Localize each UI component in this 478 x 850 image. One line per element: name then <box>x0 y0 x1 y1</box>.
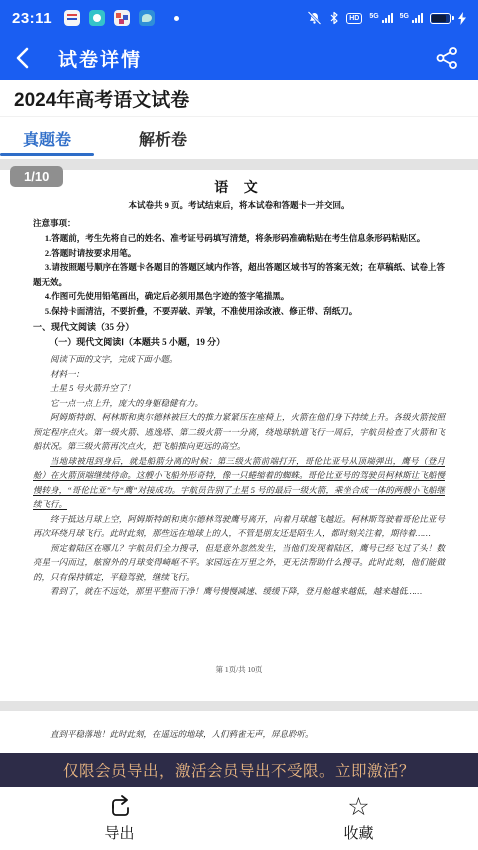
circle-app-icon <box>89 10 105 26</box>
exam-subtitle: 本试卷共 9 页。考试结束后，将本试卷和答题卡一并交回。 <box>33 198 445 213</box>
signal-icon: 5G <box>369 13 392 23</box>
notification-dot <box>174 16 179 21</box>
status-bar: 23:11 HD 5 <box>0 0 478 36</box>
tab-bar: 真题卷 解析卷 <box>0 117 478 159</box>
nav-bar: 试卷详情 <box>0 36 478 80</box>
favorite-label: 收藏 <box>343 822 373 843</box>
notice-item: 5.保持卡面清洁，不要折叠，不要弄破、弄皱，不准使用涂改液、修正带、刮纸刀。 <box>33 304 445 319</box>
browser-app-icon <box>139 10 155 26</box>
export-button[interactable]: 导出 <box>0 787 239 850</box>
app-screen: 23:11 HD 5 <box>0 0 478 850</box>
export-icon <box>107 795 133 819</box>
export-label: 导出 <box>104 822 134 843</box>
clock: 23:11 <box>12 10 52 27</box>
exam-page-2: 直到平稳落地！此时此刻，在遥远的地球，人们鸦雀无声，屏息聆听。 <box>0 711 478 753</box>
share-button[interactable] <box>432 43 462 73</box>
body-paragraph: 它一点一点上升，庞大的身躯稳健有力。 <box>33 396 445 411</box>
body-paragraph: 直到平稳落地！此时此刻，在遥远的地球，人们鸦雀无声，屏息聆听。 <box>33 727 445 742</box>
battery-icon <box>430 13 451 24</box>
notice-item: 3.请按照题号顺序在答题卡各题目的答题区域内作答，超出答题区域书写的答案无效；在… <box>33 260 445 289</box>
sub-section-heading: （一）现代文阅读Ⅰ（本题共 5 小题，19 分） <box>33 335 445 350</box>
body-paragraph: 土星 5 号火箭升空了！ <box>33 381 445 396</box>
document-title: 2024年高考语文试卷 <box>14 85 189 112</box>
back-chevron-icon <box>16 47 29 69</box>
page-indicator-badge: 1/10 <box>10 166 63 187</box>
body-paragraph: 预定着陆区在哪儿？宇航员们全力搜寻，但是意外忽然发生，当他们发现着陆区，鹰号已经… <box>33 541 445 585</box>
share-icon <box>435 46 459 70</box>
body-paragraph: 材料一： <box>33 367 445 382</box>
signal-icon: 5G <box>400 13 423 23</box>
star-icon: ☆ <box>347 795 369 819</box>
section-heading: 一、现代文阅读（35 分） <box>33 320 445 335</box>
underlined-paragraph: 当地球被甩到身后，就是船箭分离的时候：第三级火箭前端打开，哥伦比亚号从顶端弹出，… <box>33 454 445 512</box>
tab-original-paper[interactable]: 真题卷 <box>0 117 94 159</box>
mosaic-app-icon <box>114 10 130 26</box>
notice-item: 1.答题前，考生先将自己的姓名、准考证号码填写清楚，将条形码准确粘贴在考生信息条… <box>33 231 445 246</box>
exam-page-1: 语 文 本试卷共 9 页。考试结束后，将本试卷和答题卡一并交回。 注意事项： 1… <box>0 170 478 701</box>
exam-title: 语 文 <box>33 180 445 198</box>
charging-bolt-icon <box>458 12 466 25</box>
document-viewer[interactable]: 1/10 语 文 本试卷共 9 页。考试结束后，将本试卷和答题卡一并交回。 注意… <box>0 159 478 753</box>
favorite-button[interactable]: ☆ 收藏 <box>239 787 478 850</box>
notice-item: 4.作图可先使用铅笔画出，确定后必须用黑色字迹的签字笔描黑。 <box>33 289 445 304</box>
back-button[interactable] <box>16 44 44 72</box>
page-footer: 第 1页/共 10页 <box>0 664 478 675</box>
notification-app-icons <box>64 10 179 26</box>
body-paragraph: 阿姆斯特朗、柯林斯和奥尔德林被巨大的推力紧紧压在座椅上，火箭在他们身下持续上升。… <box>33 410 445 454</box>
page-title: 试卷详情 <box>58 45 142 72</box>
notice-item: 2.答题时请按要求用笔。 <box>33 246 445 261</box>
body-paragraph: 看到了，就在不远处，那里平整而干净！鹰号慢慢减速、缓缓下降，登月舱越来越低，越来… <box>33 584 445 599</box>
bell-muted-icon <box>307 11 322 25</box>
body-paragraph: 阅读下面的文字，完成下面小题。 <box>33 352 445 367</box>
body-paragraph: 终于抵达月球上空，阿姆斯特朗和奥尔德林驾驶鹰号离开，向着月球越飞越近。柯林斯驾驶… <box>33 512 445 541</box>
bottom-action-bar: 导出 ☆ 收藏 <box>0 787 478 850</box>
document-header: 2024年高考语文试卷 <box>0 80 478 117</box>
card-app-icon <box>64 10 80 26</box>
bluetooth-icon <box>329 11 339 25</box>
vip-export-banner[interactable]: 仅限会员导出，激活会员导出不受限。立即激活？ <box>0 753 478 787</box>
hd-icon: HD <box>346 13 362 24</box>
notice-title: 注意事项： <box>33 216 445 231</box>
status-right-icons: HD 5G 5G <box>307 11 466 25</box>
tab-analysis-paper[interactable]: 解析卷 <box>116 117 210 159</box>
